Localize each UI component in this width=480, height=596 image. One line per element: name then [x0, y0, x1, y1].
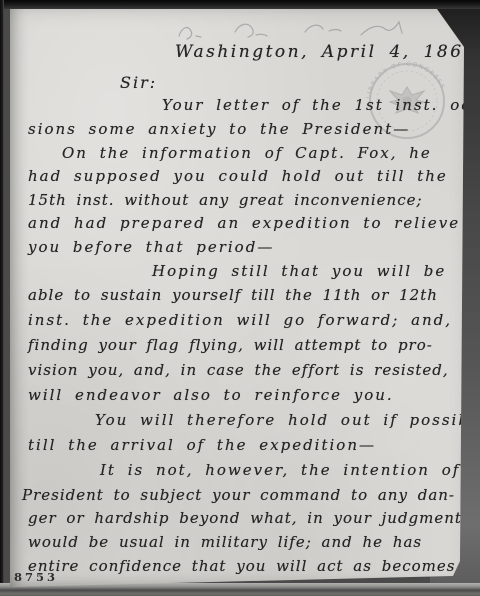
manuscript-line: till the arrival of the expedition— — [28, 436, 376, 454]
manuscript-line: entire confidence that you will act as b… — [28, 557, 455, 575]
manuscript-line: will endeavor also to reinforce you. — [28, 386, 394, 404]
manuscript-line: and had prepared an expedition to reliev… — [28, 214, 460, 232]
manuscript-line: inst. the expedition will go forward; an… — [28, 311, 452, 329]
manuscript-line: sions some anxiety to the President— — [28, 120, 410, 138]
manuscript-line: On the information of Capt. Fox, he — [62, 144, 432, 162]
manuscript-line: You will therefore hold out if possible — [95, 411, 480, 429]
manuscript-line: Your letter of the 1st inst. occa- — [162, 96, 480, 114]
dateline: Washington, April 4, 1861 — [175, 42, 477, 62]
manuscript-line: 15th inst. without any great inconvenien… — [28, 191, 423, 209]
salutation: Sir: — [120, 73, 157, 92]
manuscript-page: LIBRARY OF CONGRESS Washington, April 4,… — [10, 9, 468, 587]
manuscript-line: Hoping still that you will be — [152, 262, 446, 280]
catalog-number: 8753 — [14, 570, 58, 584]
photo-border-top — [0, 0, 480, 9]
manuscript-line: had supposed you could hold out till the — [28, 167, 448, 185]
photo-border-left — [0, 0, 4, 596]
letter-photograph: LIBRARY OF CONGRESS Washington, April 4,… — [0, 0, 480, 596]
manuscript-line: It is not, however, the intention of the — [100, 461, 480, 479]
manuscript-line: ger or hardship beyond what, in your jud… — [28, 509, 468, 527]
manuscript-line: would be usual in military life; and he … — [28, 533, 422, 551]
manuscript-line: able to sustain yourself till the 11th o… — [28, 286, 438, 304]
manuscript-line: finding your flag flying, will attempt t… — [28, 336, 433, 354]
manuscript-line: you before that period— — [28, 238, 274, 256]
manuscript-line: President to subject your command to any… — [22, 486, 455, 504]
manuscript-line: vision you, and, in case the effort is r… — [28, 361, 449, 379]
